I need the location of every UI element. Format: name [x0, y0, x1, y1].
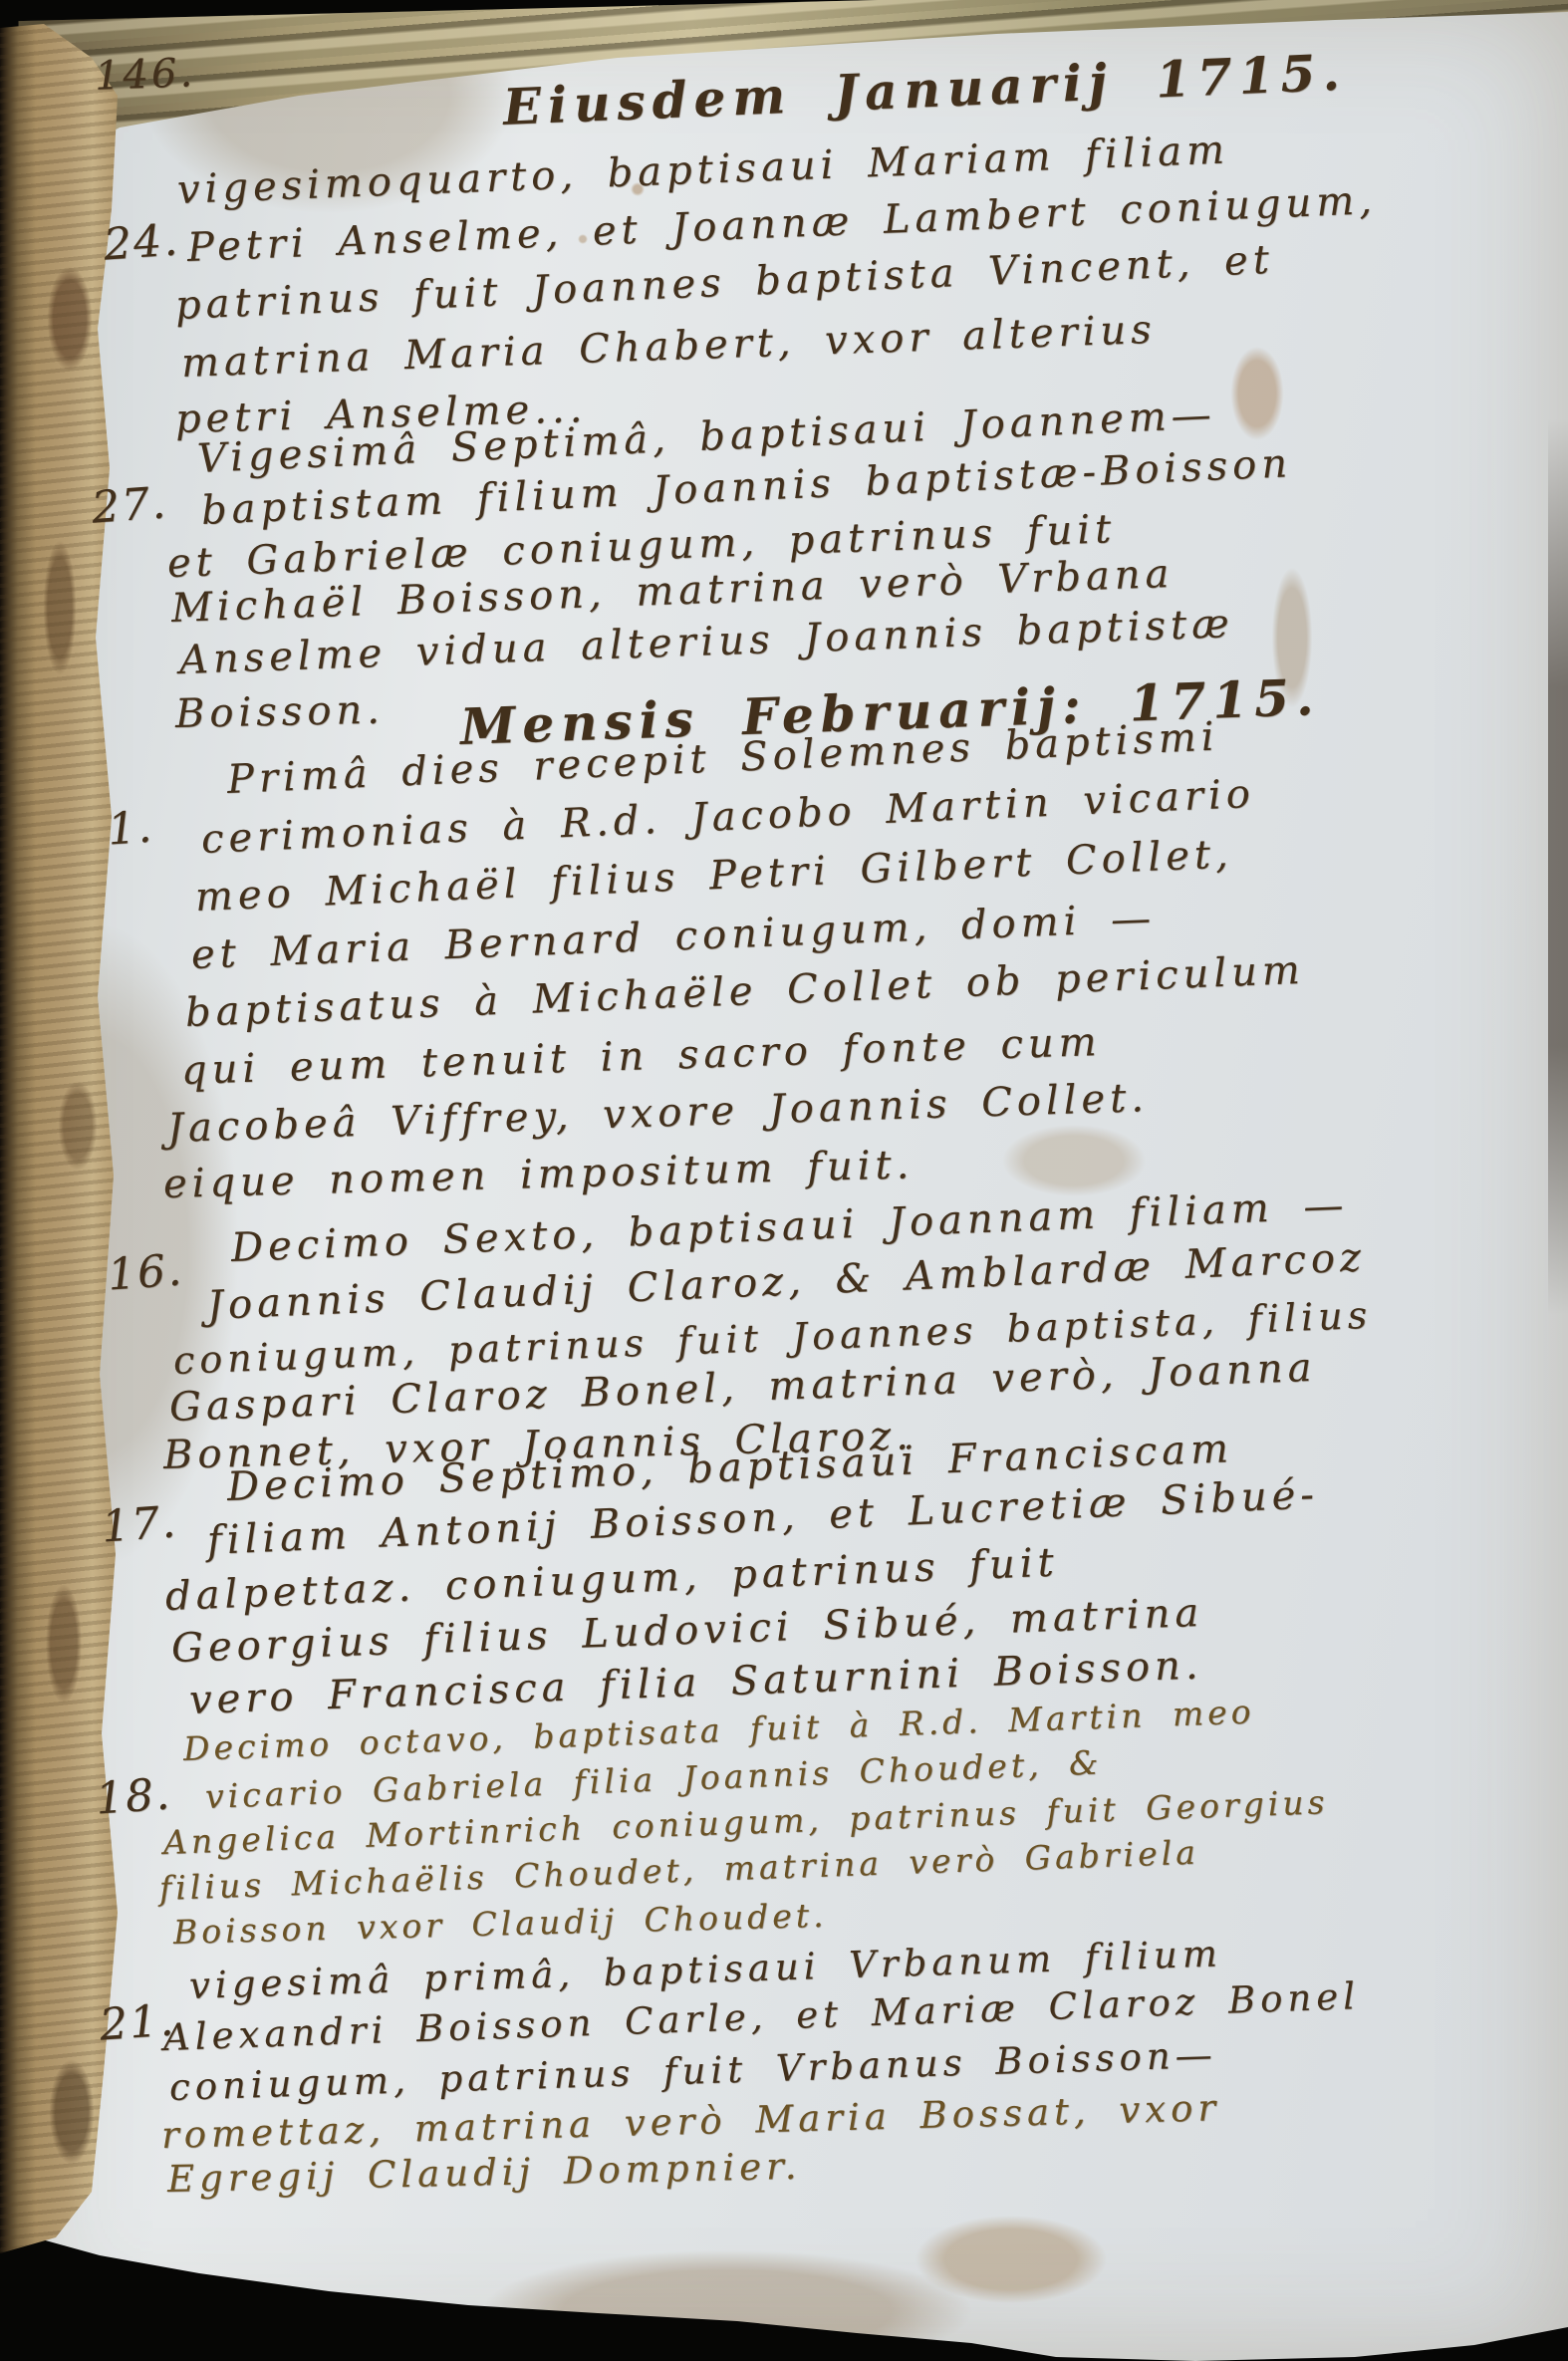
- page-number: 146.: [94, 50, 196, 99]
- entry-day-number: 17.: [100, 1496, 178, 1552]
- entry-line: Boisson.: [175, 687, 386, 737]
- entry-day-number: 24.: [102, 214, 180, 270]
- entry-day-number: 16.: [106, 1244, 184, 1300]
- manuscript-photo: 146. Eiusdem Januarij 1715. 24. vigesimo…: [0, 0, 1568, 2361]
- entry-day-number: 1.: [106, 801, 154, 855]
- entry-day-number: 18.: [94, 1768, 172, 1824]
- entry-day-number: 27.: [90, 477, 168, 533]
- page-right-edge-shadow: [1548, 418, 1568, 1315]
